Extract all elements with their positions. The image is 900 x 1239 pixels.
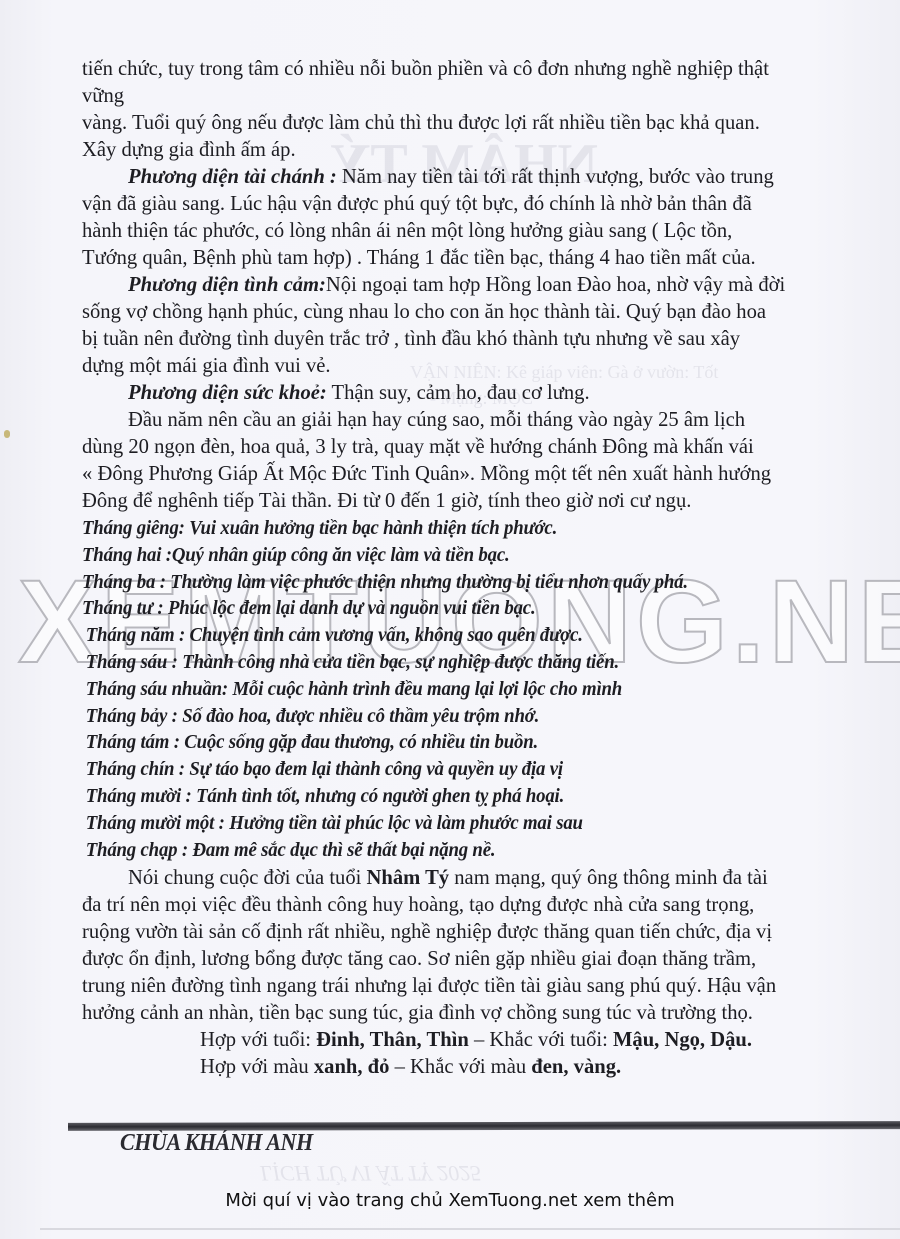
- compatible-colors: Hợp với màu xanh, đỏ – Khắc với màu đen,…: [82, 1054, 882, 1081]
- compat-color-good: xanh, đỏ: [314, 1056, 390, 1078]
- summary-line: được ổn định, lương bổng được tăng cao. …: [82, 946, 882, 973]
- month-item: Tháng mười : Tánh tình tốt, nhưng có ngư…: [82, 783, 834, 810]
- compatible-ages: Hợp với tuổi: Đinh, Thân, Thìn – Khắc vớ…: [82, 1027, 882, 1054]
- finance-line: hành thiện tác phước, có lòng nhân ái nê…: [82, 218, 882, 245]
- month-item: Tháng tư : Phúc lộc đem lại danh dự và n…: [82, 595, 834, 622]
- love-line: sống vợ chồng hạnh phúc, cùng nhau lo ch…: [82, 299, 882, 326]
- age-name: Nhâm Tý: [367, 867, 450, 889]
- compat-color-bad: đen, vàng.: [531, 1056, 621, 1078]
- summary-line: ruộng vườn tài sản cố định rất nhiều, ng…: [82, 919, 882, 946]
- scan-speck: [4, 430, 10, 438]
- month-item: Tháng sáu nhuần: Mỗi cuộc hành trình đều…: [82, 676, 834, 703]
- summary-line: hưởng cảnh an nhàn, tiền bạc sung túc, g…: [82, 1000, 882, 1027]
- summary-first-rest: nam mạng, quý ông thông minh đa tài: [449, 867, 768, 889]
- love-label: Phương diện tình cảm:: [128, 274, 326, 296]
- summary-line: trung niên đường tình ngang trái nhưng l…: [82, 973, 882, 1000]
- bleed-through-line: LỊCH TỬ VI ẤT TỴ 2025: [260, 1160, 481, 1186]
- compat-age-label: Hợp với tuổi:: [200, 1029, 316, 1051]
- love-text: Nội ngoại tam hợp Hồng loan Đào hoa, nhờ…: [326, 274, 785, 296]
- love-line: dựng một mái gia đình vui vẻ.: [82, 353, 882, 380]
- month-item: Tháng năm : Chuyện tình cảm vương vấn, k…: [82, 622, 834, 649]
- compat-age-good: Đinh, Thân, Thìn: [316, 1029, 469, 1051]
- month-item: Tháng mười một : Hưởng tiền tài phúc lộc…: [82, 810, 834, 837]
- health-text: Thận suy, cảm ho, đau cơ lưng.: [327, 382, 590, 404]
- temple-name: CHÙA KHÁNH ANH: [120, 1130, 313, 1157]
- ritual-line: « Đông Phương Giáp Ất Mộc Đức Tinh Quân»…: [82, 461, 882, 488]
- health-label: Phương diện sức khoẻ:: [128, 382, 327, 404]
- love-section: Phương diện tình cảm:Nội ngoại tam hợp H…: [82, 272, 882, 299]
- compat-color-label: Hợp với màu: [200, 1056, 314, 1078]
- month-item: Tháng ba : Thường làm việc phước thiện n…: [82, 569, 834, 596]
- summary-line: đa trí nên mọi việc đều thành công huy h…: [82, 892, 882, 919]
- love-line: bị tuần nên đường tình duyên trắc trở , …: [82, 326, 882, 353]
- finance-line: vận đã giàu sang. Lúc hậu vận được phú q…: [82, 191, 882, 218]
- health-section: Phương diện sức khoẻ: Thận suy, cảm ho, …: [82, 380, 882, 407]
- page-edge: [40, 1228, 900, 1230]
- finance-text: Năm nay tiền tài tới rất thịnh vượng, bư…: [337, 166, 774, 188]
- month-item: Tháng tám : Cuộc sống gặp đau thương, có…: [82, 729, 834, 756]
- intro-line: vàng. Tuổi quý ông nếu được làm chủ thì …: [82, 110, 882, 137]
- compat-age-bad: Mậu, Ngọ, Dậu.: [613, 1029, 752, 1051]
- ritual-line: Đông để nghênh tiếp Tài thần. Đi từ 0 đế…: [82, 488, 882, 515]
- month-item: Tháng bảy : Số đào hoa, được nhiều cô th…: [82, 703, 834, 730]
- intro-line: tiến chức, tuy trong tâm có nhiều nỗi bu…: [82, 56, 882, 83]
- month-item: Tháng giêng: Vui xuân hưởng tiền bạc hàn…: [82, 515, 834, 542]
- finance-section: Phương diện tài chánh : Năm nay tiền tài…: [82, 164, 882, 191]
- month-item: Tháng chín : Sự táo bạo đem lại thành cô…: [82, 756, 834, 783]
- finance-line: Tướng quân, Bệnh phù tam hợp) . Tháng 1 …: [82, 245, 882, 272]
- compat-color-sep: – Khắc với màu: [389, 1056, 531, 1078]
- intro-line: vững: [82, 83, 882, 110]
- intro-line: Xây dựng gia đình ấm áp.: [82, 137, 882, 164]
- month-item: Tháng hai :Quý nhân giúp công ăn việc là…: [82, 542, 834, 569]
- ritual-line: dùng 20 ngọn đèn, hoa quả, 3 ly trà, qua…: [82, 434, 882, 461]
- finance-label: Phương diện tài chánh :: [128, 166, 337, 188]
- summary-section: Nói chung cuộc đời của tuổi Nhâm Tý nam …: [82, 865, 882, 892]
- document-body: tiến chức, tuy trong tâm có nhiều nỗi bu…: [82, 56, 882, 1081]
- scanned-page: NHÂM TÝ VẬN NIÊN: Kê giáp viên: Gà ở vườ…: [0, 0, 900, 1239]
- summary-prefix: Nói chung cuộc đời của tuổi: [128, 867, 367, 889]
- compat-age-sep: – Khắc với tuổi:: [469, 1029, 613, 1051]
- month-item: Tháng chạp : Đam mê sắc dục thì sẽ thất …: [82, 837, 834, 864]
- ritual-line: Đầu năm nên cầu an giải hạn hay cúng sao…: [82, 407, 882, 434]
- month-item: Tháng sáu : Thành công nhà cửa tiền bạc,…: [82, 649, 834, 676]
- footer-note: Mời quí vị vào trang chủ XemTuong.net xe…: [0, 1190, 900, 1211]
